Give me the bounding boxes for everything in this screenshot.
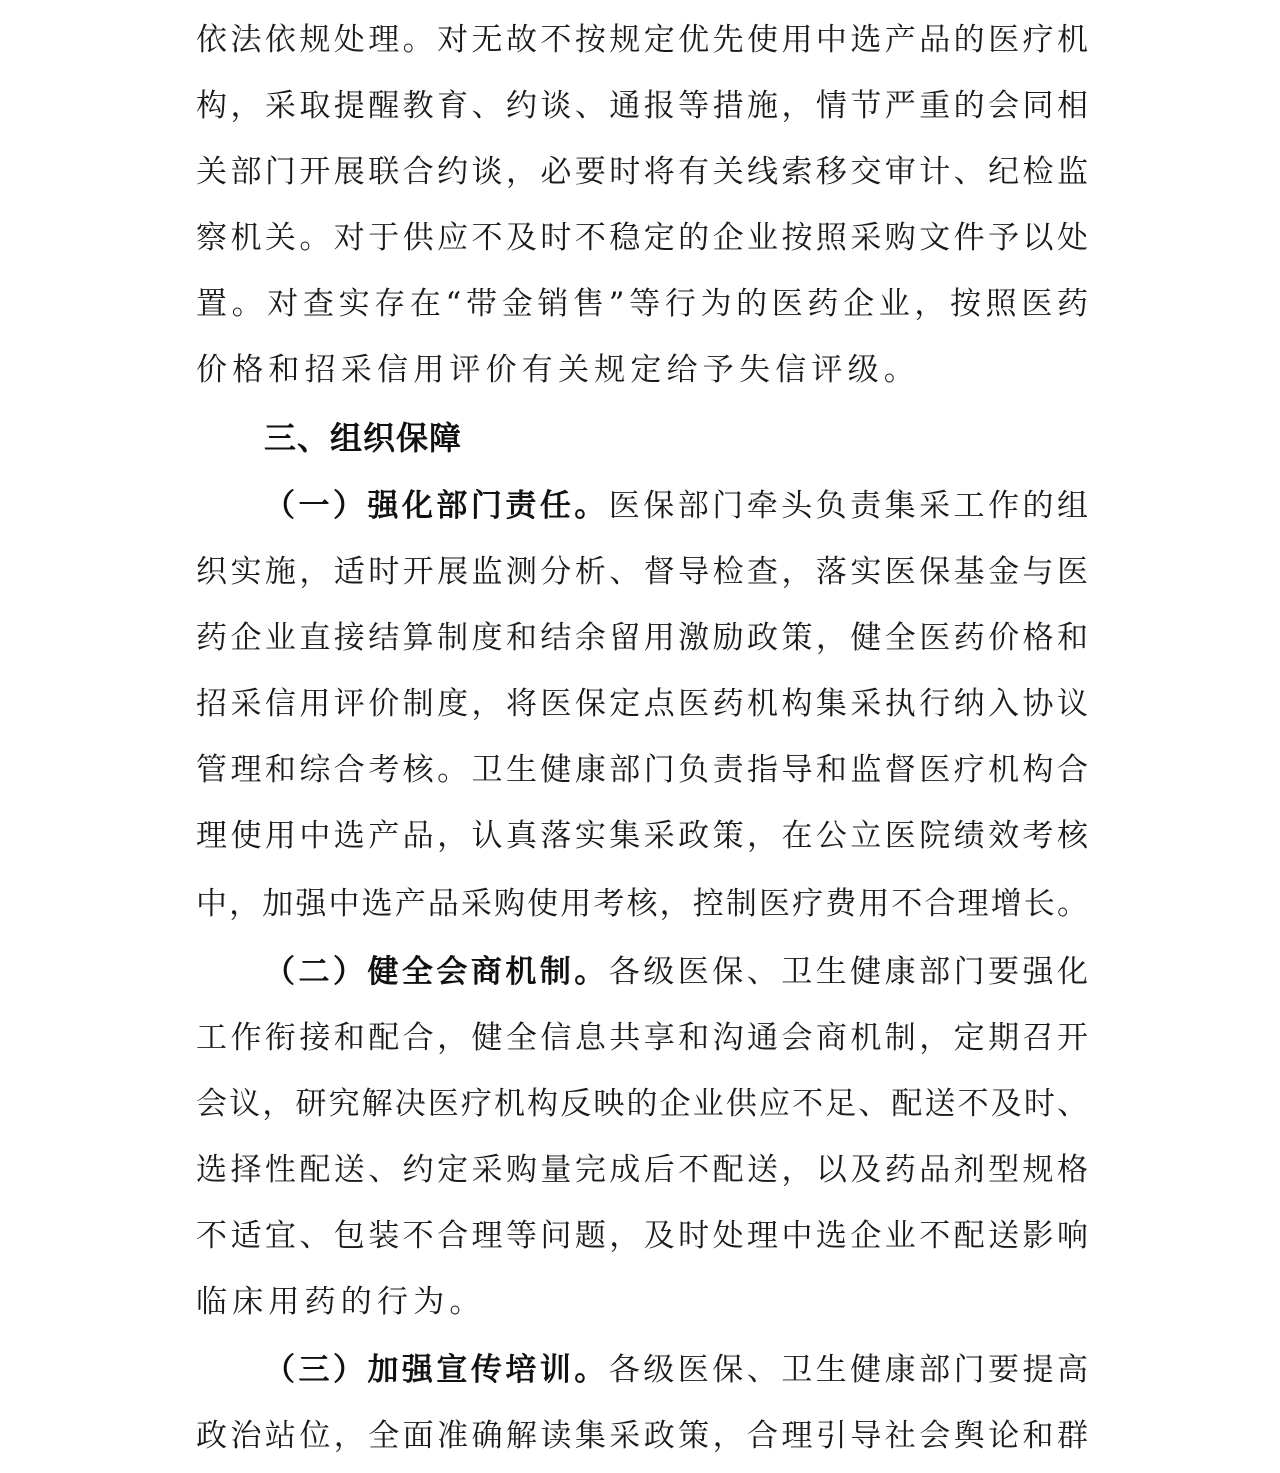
subsection-number: （三） xyxy=(264,1352,367,1388)
text-line: 价格和招采信用评价有关规定给予失信评级。 xyxy=(196,345,1088,395)
subsection-title: 加强宣传培训。 xyxy=(367,1352,608,1388)
text-line: 关部门开展联合约谈，必要时将有关线索移交审计、纪检监 xyxy=(196,147,1088,197)
subsection-first-line: （一）强化部门责任。医保部门牵头负责集采工作的组 xyxy=(264,481,1088,531)
text-line: 临床用药的行为。 xyxy=(196,1277,1088,1327)
subsection-number: （一） xyxy=(264,488,367,524)
subsection-text: 医保部门牵头负责集采工作的组 xyxy=(609,488,1088,524)
subsection-title: 健全会商机制。 xyxy=(367,954,608,990)
text-line: 不适宜、包装不合理等问题，及时处理中选企业不配送影响 xyxy=(196,1211,1088,1261)
subsection-first-line: （三）加强宣传培训。各级医保、卫生健康部门要提高 xyxy=(264,1345,1088,1395)
subsection-title: 强化部门责任。 xyxy=(367,488,608,524)
text-line: 选择性配送、约定采购量完成后不配送，以及药品剂型规格 xyxy=(196,1145,1088,1195)
text-line: 中，加强中选产品采购使用考核，控制医疗费用不合理增长。 xyxy=(196,879,1088,929)
subsection-text: 各级医保、卫生健康部门要提高 xyxy=(609,1352,1088,1388)
document-page: 依法依规处理。对无故不按规定优先使用中选产品的医疗机 构，采取提醒教育、约谈、通… xyxy=(0,0,1280,1473)
section-heading: 三、组织保障 xyxy=(264,413,462,463)
subsection-number: （二） xyxy=(264,954,367,990)
text-line: 招采信用评价制度，将医保定点医药机构集采执行纳入协议 xyxy=(196,679,1088,729)
text-line: 药企业直接结算制度和结余留用激励政策，健全医药价格和 xyxy=(196,613,1088,663)
text-line: 织实施，适时开展监测分析、督导检查，落实医保基金与医 xyxy=(196,547,1088,597)
text-line: 依法依规处理。对无故不按规定优先使用中选产品的医疗机 xyxy=(196,15,1088,65)
text-line: 管理和综合考核。卫生健康部门负责指导和监督医疗机构合 xyxy=(196,745,1088,795)
text-line: 政治站位，全面准确解读集采政策，合理引导社会舆论和群 xyxy=(196,1411,1088,1461)
text-line: 置。对查实存在“带金销售”等行为的医药企业，按照医药 xyxy=(196,279,1088,329)
subsection-first-line: （二）健全会商机制。各级医保、卫生健康部门要强化 xyxy=(264,947,1088,997)
text-line: 工作衔接和配合，健全信息共享和沟通会商机制，定期召开 xyxy=(196,1013,1088,1063)
subsection-text: 各级医保、卫生健康部门要强化 xyxy=(609,954,1088,990)
text-line: 察机关。对于供应不及时不稳定的企业按照采购文件予以处 xyxy=(196,213,1088,263)
text-line: 会议，研究解决医疗机构反映的企业供应不足、配送不及时、 xyxy=(196,1079,1088,1129)
text-line: 构，采取提醒教育、约谈、通报等措施，情节严重的会同相 xyxy=(196,81,1088,131)
text-line: 理使用中选产品，认真落实集采政策，在公立医院绩效考核 xyxy=(196,811,1088,861)
